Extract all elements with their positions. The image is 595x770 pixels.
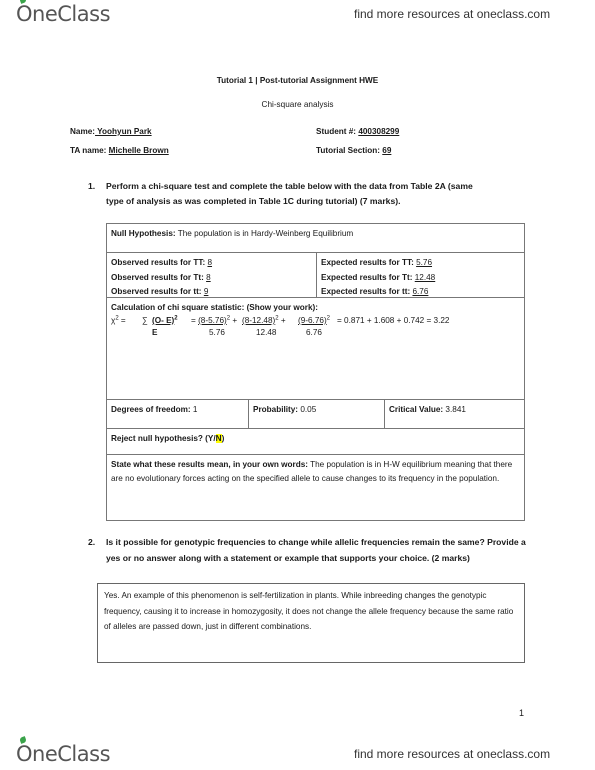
reject-row: Reject null hypothesis? (Y/N) — [107, 428, 524, 454]
ta-name-field: TA name: Michelle Brown — [70, 146, 169, 156]
calculation-cell: Calculation of chi square statistic: (Sh… — [107, 298, 524, 399]
expected-value: 5.76 — [416, 258, 432, 267]
student-value: 400308299 — [358, 127, 399, 136]
prob-label: Probability: — [253, 405, 298, 414]
term-3-num: (9-6.76) — [298, 316, 327, 325]
expected-label: Expected results for TT: — [321, 258, 416, 267]
ta-value: Michelle Brown — [109, 146, 169, 155]
page-number: 1 — [519, 708, 524, 719]
expected-value: 12.48 — [415, 273, 436, 282]
calculation-label: Calculation of chi square statistic: (Sh… — [111, 301, 520, 314]
ta-label: TA name: — [70, 146, 109, 155]
question-2-answer-box[interactable]: Yes. An example of this phenomenon is se… — [97, 583, 525, 663]
document-title: Tutorial 1 | Post-tutorial Assignment HW… — [0, 76, 595, 86]
observed-label: Observed results for Tt: — [111, 273, 206, 282]
term-2-den: 12.48 — [256, 326, 277, 339]
question-1-text: Perform a chi-square test and complete t… — [106, 179, 536, 209]
question-1-line-1: Perform a chi-square test and complete t… — [106, 179, 536, 194]
expected-TT: Expected results for TT: 5.76 — [321, 256, 520, 271]
oneclass-logo[interactable]: OneClass — [16, 2, 110, 26]
footer-oneclass-logo[interactable]: OneClass — [16, 742, 110, 766]
question-2-number: 2. — [88, 535, 95, 550]
term-1-den: 5.76 — [209, 326, 225, 339]
df-value: 1 — [191, 405, 198, 414]
name-label: Name: — [70, 127, 95, 136]
term-3-den: 6.76 — [306, 326, 322, 339]
crit-label: Critical Value: — [389, 405, 443, 414]
student-label: Student #: — [316, 127, 358, 136]
name-field: Name: Yoohyun Park — [70, 127, 152, 137]
null-hypothesis-row: Null Hypothesis: The population is in Ha… — [107, 224, 524, 252]
formula-denominator: E — [152, 326, 157, 339]
calculation-row: Calculation of chi square statistic: (Sh… — [107, 297, 524, 399]
chi-symbol: χ2 = — [111, 314, 126, 327]
observed-cell: Observed results for TT: 8 Observed resu… — [107, 253, 316, 297]
crit-value: 3.841 — [443, 405, 466, 414]
expected-label: Expected results for tt: — [321, 287, 412, 296]
observed-label: Observed results for tt: — [111, 287, 204, 296]
equals-sign: = — [119, 316, 126, 325]
degrees-of-freedom-cell: Degrees of freedom: 1 — [107, 400, 248, 428]
name-value: Yoohyun Park — [95, 127, 152, 136]
reject-null-cell: Reject null hypothesis? (Y/N) — [107, 429, 524, 454]
section-label: Tutorial Section: — [316, 146, 382, 155]
meaning-cell: State what these results mean, in your o… — [107, 455, 524, 521]
section-value: 69 — [382, 146, 391, 155]
null-hypothesis-label: Null Hypothesis: — [111, 229, 176, 238]
footer-tagline[interactable]: find more resources at oneclass.com — [354, 747, 550, 761]
reject-close: ) — [222, 434, 225, 443]
expected-Tt: Expected results for Tt: 12.48 — [321, 271, 520, 286]
probability-cell: Probability: 0.05 — [248, 400, 384, 428]
observed-TT: Observed results for TT: 8 — [111, 256, 312, 271]
brand-text: OneClass — [16, 2, 110, 26]
footer-brand-text: OneClass — [16, 742, 110, 766]
observed-value: 9 — [204, 287, 209, 296]
document-subtitle: Chi-square analysis — [0, 100, 595, 110]
observed-label: Observed results for TT: — [111, 258, 207, 267]
question-1-line-2: type of analysis as was completed in Tab… — [106, 194, 536, 209]
chi-square-result: = 0.871 + 1.608 + 0.742 = 3.22 — [337, 314, 449, 327]
observed-Tt: Observed results for Tt: 8 — [111, 271, 312, 286]
tutorial-section-field: Tutorial Section: 69 — [316, 146, 391, 156]
df-label: Degrees of freedom: — [111, 405, 191, 414]
question-1-number: 1. — [88, 179, 95, 194]
prob-value: 0.05 — [298, 405, 316, 414]
observed-expected-row: Observed results for TT: 8 Observed resu… — [107, 252, 524, 297]
observed-value: 8 — [206, 273, 211, 282]
expected-cell: Expected results for TT: 5.76 Expected r… — [316, 253, 524, 297]
expected-label: Expected results for Tt: — [321, 273, 415, 282]
formula-num-text: (O- E) — [152, 316, 174, 325]
null-hypothesis-value: The population is in Hardy-Weinberg Equi… — [176, 229, 354, 238]
term-1-num: (8-5.76) — [198, 316, 227, 325]
question-2-text: Is it possible for genotypic frequencies… — [106, 535, 536, 566]
meaning-label: State what these results mean, in your o… — [111, 460, 308, 469]
reject-label: Reject null hypothesis? (Y/ — [111, 434, 216, 443]
student-number-field: Student #: 400308299 — [316, 127, 399, 137]
null-hypothesis-cell: Null Hypothesis: The population is in Ha… — [107, 224, 524, 252]
chi-square-equation: χ2 = ∑ (O- E)2 E = (8-5.76)2 + 5.76 (8-1… — [111, 314, 520, 340]
expected-value: 6.76 — [412, 287, 428, 296]
critical-value-cell: Critical Value: 3.841 — [384, 400, 524, 428]
term-2-num: (8-12.48) — [242, 316, 275, 325]
header-tagline[interactable]: find more resources at oneclass.com — [354, 7, 550, 21]
observed-value: 8 — [207, 258, 212, 267]
meaning-row: State what these results mean, in your o… — [107, 454, 524, 521]
chi-square-table: Null Hypothesis: The population is in Ha… — [106, 223, 525, 521]
statistics-row: Degrees of freedom: 1 Probability: 0.05 … — [107, 399, 524, 428]
sigma-icon: ∑ — [142, 314, 148, 327]
